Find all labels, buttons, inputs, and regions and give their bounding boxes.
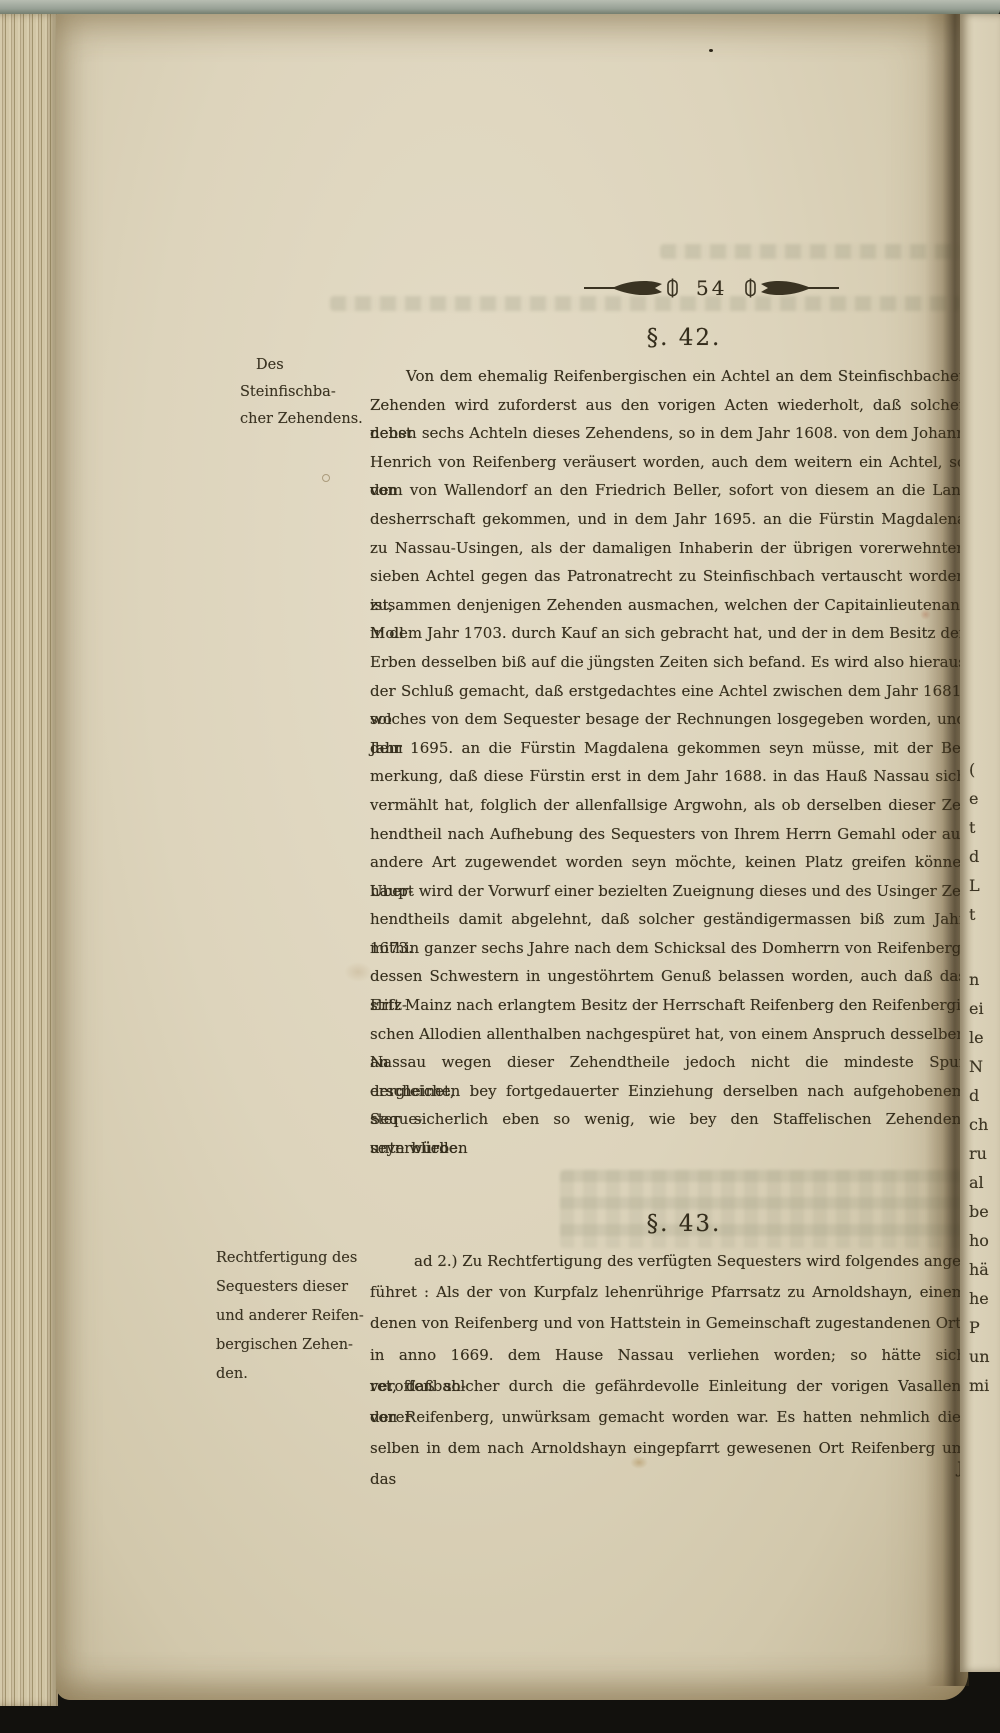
left-page-edges	[0, 14, 58, 1706]
facing-page-text-fragment: e	[969, 789, 978, 808]
text-line: dem von Wallendorf an den Friedrich Bell…	[370, 476, 966, 505]
facing-page-text-fragment: ei	[969, 999, 984, 1018]
text-line: von Reifenberg, unwürksam gemacht worden…	[370, 1402, 966, 1433]
section-heading-42: §. 42.	[374, 325, 994, 351]
text-line: Zehenden wird zuforderst aus den vorigen…	[370, 391, 966, 420]
page-number: 54	[696, 276, 727, 300]
text-line: in dem Jahr 1703. durch Kauf an sich geb…	[370, 619, 966, 648]
facing-page-text-fragment: ru	[969, 1144, 987, 1163]
facing-page-text-fragment: be	[969, 1202, 989, 1221]
facing-page-text-fragment: t	[969, 905, 975, 924]
text-line: desherrschaft gekommen, und in dem Jahr …	[370, 505, 966, 534]
facing-page-text-fragment: P	[969, 1318, 980, 1337]
text-line: Jahr 1695. an die Fürstin Magdalena geko…	[370, 734, 966, 763]
section-heading-43: §. 43.	[374, 1211, 994, 1237]
facing-page-sliver: (etdLtneileNdchrualbehohähePunmi	[960, 14, 1000, 1672]
text-line: denen sechs Achteln dieses Zehendens, so…	[370, 419, 966, 448]
text-line: ret, daß solcher durch die gefährdevolle…	[370, 1371, 966, 1402]
catchword: Jahr	[370, 1459, 990, 1477]
text-line: seyn würde.	[370, 1134, 966, 1163]
text-line: denen von Reifenberg und von Hattstein i…	[370, 1308, 966, 1339]
text-line: dergleichen bey fortgedauerter Einziehun…	[370, 1077, 966, 1106]
book-page: 54 §. 42. Des Steinfischba-cher Zehenden…	[56, 14, 968, 1700]
margin-note-line: bergischen Zehen-	[216, 1331, 374, 1360]
text-line: führet : Als der von Kurpfalz lehenrühri…	[370, 1277, 966, 1308]
margin-note-line: und anderer Reifen-	[216, 1302, 374, 1331]
text-line: Erben desselben biß auf die jüngsten Zei…	[370, 648, 966, 677]
text-line: stift Mainz nach erlangtem Besitz der He…	[370, 991, 966, 1020]
section-42-paragraph: Von dem ehemalig Reifenbergischen ein Ac…	[370, 362, 966, 1163]
facing-page-text-fragment: un	[969, 1347, 990, 1366]
text-line: Henrich von Reifenberg veräusert worden,…	[370, 448, 966, 477]
facing-page-text-fragment: N	[969, 1057, 983, 1076]
text-line: Nassau wegen dieser Zehendtheile jedoch …	[370, 1048, 966, 1077]
facing-page-text-fragment: ho	[969, 1231, 989, 1250]
facing-page-text-fragment: ch	[969, 1115, 988, 1134]
margin-note-42: Des Steinfischba-cher Zehendens.	[240, 352, 382, 433]
text-line: vermählt hat, folglich der allenfallsige…	[370, 791, 966, 820]
facing-page-text-fragment: (	[969, 760, 975, 779]
facing-page-text-fragment: d	[969, 1086, 979, 1105]
paper-stain	[344, 962, 372, 982]
text-line: ster sicherlich eben so wenig, wie bey d…	[370, 1105, 966, 1134]
text-line: solches von dem Sequester besage der Rec…	[370, 705, 966, 734]
facing-page-text-fragment: le	[969, 1028, 984, 1047]
margin-note-43: Rechtfertigung desSequesters dieserund a…	[216, 1244, 374, 1389]
text-line: schen Allodien allenthalben nachgespüret…	[370, 1020, 966, 1049]
running-head: 54	[584, 276, 839, 300]
text-line: dessen Schwestern in ungestöhrtem Genuß …	[370, 962, 966, 991]
book-scan: 54 §. 42. Des Steinfischba-cher Zehenden…	[0, 0, 1000, 1733]
facing-page-text-fragment: t	[969, 818, 975, 837]
text-line: zusammen denjenigen Zehenden ausmachen, …	[370, 591, 966, 620]
text-line: haupt wird der Vorwurf einer bezielten Z…	[370, 877, 966, 906]
facing-page-text-fragment: mi	[969, 1376, 989, 1395]
text-line: hendtheils damit abgelehnt, daß solcher …	[370, 905, 966, 934]
margin-note-line: cher Zehendens.	[240, 406, 382, 433]
facing-page-text-fragment: he	[969, 1289, 989, 1308]
text-line: in anno 1669. dem Hause Nassau verliehen…	[370, 1340, 966, 1371]
facing-page-text-fragment: n	[969, 970, 979, 989]
section-43-paragraph: ad 2.) Zu Rechtfertigung des verfügten S…	[370, 1246, 966, 1464]
header-ornament-right	[739, 277, 839, 299]
margin-note-line: Des Steinfischba-	[240, 352, 382, 406]
text-line: merkung, daß diese Fürstin erst in dem J…	[370, 762, 966, 791]
facing-page-text-fragment: al	[969, 1173, 984, 1192]
margin-note-line: den.	[216, 1360, 374, 1389]
text-line: zu Nassau-Usingen, als der damaligen Inh…	[370, 534, 966, 563]
margin-note-line: Sequesters dieser	[216, 1273, 374, 1302]
ink-speck	[322, 474, 330, 482]
facing-page-text-fragment: d	[969, 847, 979, 866]
show-through-text	[660, 244, 962, 259]
text-line: mithin ganzer sechs Jahre nach dem Schic…	[370, 934, 966, 963]
text-line: andere Art zugewendet worden seyn möchte…	[370, 848, 966, 877]
text-line: sieben Achtel gegen das Patronatrecht zu…	[370, 562, 966, 591]
ink-speck	[709, 49, 713, 52]
margin-note-line: Rechtfertigung des	[216, 1244, 374, 1273]
header-ornament-left	[584, 277, 684, 299]
facing-page-text-fragment: L	[969, 876, 980, 895]
text-line: ad 2.) Zu Rechtfertigung des verfügten S…	[370, 1246, 966, 1277]
text-line: der Schluß gemacht, daß erstgedachtes ei…	[370, 677, 966, 706]
text-line: hendtheil nach Aufhebung des Sequesters …	[370, 820, 966, 849]
facing-page-text-fragment: hä	[969, 1260, 989, 1279]
text-line: Von dem ehemalig Reifenbergischen ein Ac…	[370, 362, 966, 391]
